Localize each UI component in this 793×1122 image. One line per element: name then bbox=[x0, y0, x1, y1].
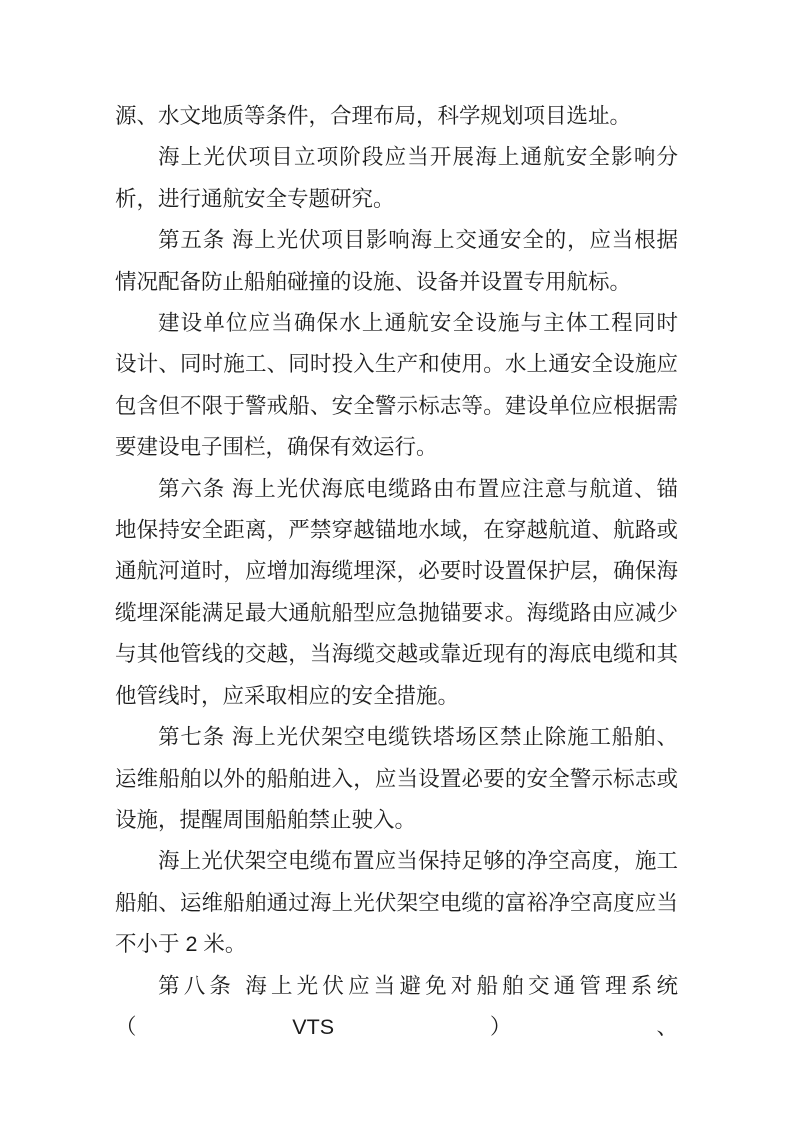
paragraph: 第五条 海上光伏项目影响海上交通安全的，应当根据情况配备防止船舶碰撞的设施、设备… bbox=[115, 220, 678, 303]
text-line: 船舶、运维船舶通过海上光伏架空电缆的富裕净空高度应当 bbox=[115, 883, 678, 924]
text-line: 与其他管线的交越，当海缆交越或靠近现有的海底电缆和其 bbox=[115, 634, 678, 675]
text-line: 缆埋深能满足最大通航船型应急抛锚要求。海缆路由应减少 bbox=[115, 593, 678, 634]
paragraph: 第七条 海上光伏架空电缆铁塔场区禁止除施工船舶、运维船舶以外的船舶进入，应当设置… bbox=[115, 717, 678, 841]
document-body: 源、水文地质等条件，合理布局，科学规划项目选址。海上光伏项目立项阶段应当开展海上… bbox=[115, 96, 678, 1048]
text-line: 第五条 海上光伏项目影响海上交通安全的，应当根据 bbox=[115, 220, 678, 261]
text-line: 情况配备防止船舶碰撞的设施、设备并设置专用航标。 bbox=[115, 262, 678, 303]
paragraph: 第八条 海上光伏应当避免对船舶交通管理系统（VTS）、 bbox=[115, 966, 678, 1049]
text-line: 要建设电子围栏，确保有效运行。 bbox=[115, 427, 678, 468]
text-line: 海上光伏项目立项阶段应当开展海上通航安全影响分 bbox=[115, 137, 678, 178]
paragraph: 源、水文地质等条件，合理布局，科学规划项目选址。 bbox=[115, 96, 678, 137]
text-line: 海上光伏架空电缆布置应当保持足够的净空高度，施工 bbox=[115, 841, 678, 882]
text-line: 不小于 2 米。 bbox=[115, 924, 678, 965]
text-line: 通航河道时，应增加海缆埋深，必要时设置保护层，确保海 bbox=[115, 551, 678, 592]
paragraph: 第六条 海上光伏海底电缆路由布置应注意与航道、锚地保持安全距离，严禁穿越锚地水域… bbox=[115, 469, 678, 717]
text-line: 设施，提醒周围船舶禁止驶入。 bbox=[115, 800, 678, 841]
text-line: 第六条 海上光伏海底电缆路由布置应注意与航道、锚 bbox=[115, 469, 678, 510]
text-line: 运维船舶以外的船舶进入，应当设置必要的安全警示标志或 bbox=[115, 759, 678, 800]
text-line: 源、水文地质等条件，合理布局，科学规划项目选址。 bbox=[115, 96, 678, 137]
text-line: 析，进行通航安全专题研究。 bbox=[115, 179, 678, 220]
text-line: 他管线时，应采取相应的安全措施。 bbox=[115, 676, 678, 717]
document-page: 源、水文地质等条件，合理布局，科学规划项目选址。海上光伏项目立项阶段应当开展海上… bbox=[0, 0, 793, 1122]
text-line: 建设单位应当确保水上通航安全设施与主体工程同时 bbox=[115, 303, 678, 344]
paragraph: 建设单位应当确保水上通航安全设施与主体工程同时设计、同时施工、同时投入生产和使用… bbox=[115, 303, 678, 469]
text-line: 设计、同时施工、同时投入生产和使用。水上通安全设施应 bbox=[115, 344, 678, 385]
text-line: 地保持安全距离，严禁穿越锚地水域，在穿越航道、航路或 bbox=[115, 510, 678, 551]
paragraph: 海上光伏架空电缆布置应当保持足够的净空高度，施工船舶、运维船舶通过海上光伏架空电… bbox=[115, 841, 678, 965]
text-line: 第七条 海上光伏架空电缆铁塔场区禁止除施工船舶、 bbox=[115, 717, 678, 758]
text-line: 第八条 海上光伏应当避免对船舶交通管理系统（VTS）、 bbox=[115, 966, 678, 1049]
paragraph: 海上光伏项目立项阶段应当开展海上通航安全影响分析，进行通航安全专题研究。 bbox=[115, 137, 678, 220]
text-line: 包含但不限于警戒船、安全警示标志等。建设单位应根据需 bbox=[115, 386, 678, 427]
